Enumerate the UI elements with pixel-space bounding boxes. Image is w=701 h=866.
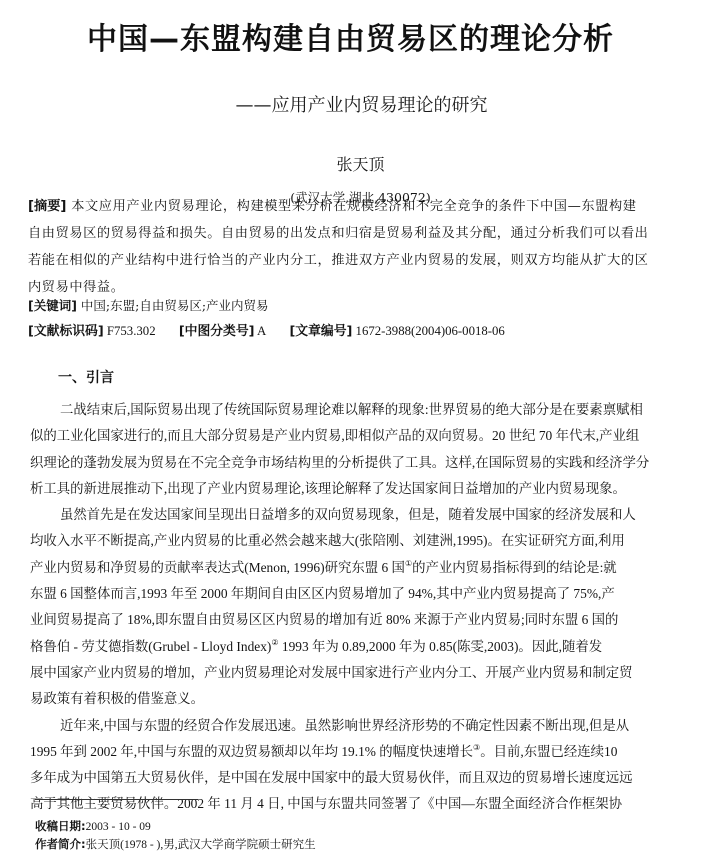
abstract-line: 若能在相似的产业结构中进行恰当的产业内分工，推进双方产业内贸易的发展，则双方均能… xyxy=(28,247,676,274)
received-date: 2003 - 10 - 09 xyxy=(86,821,151,833)
body-line: 织理论的蓬勃发展为贸易在不完全竞争市场结构里的分析提供了工具。这样,在国际贸易的… xyxy=(30,450,674,476)
footnote-divider xyxy=(35,799,198,800)
clc-label: [中图分类号] xyxy=(179,324,255,339)
body-line: 产业内贸易和净贸易的贡献率表达式(Menon, 1996)研究东盟 6 国①的产… xyxy=(30,555,674,581)
abstract-line: [摘要] 本文应用产业内贸易理论，构建模型来分析在规模经济和不完全竞争的条件下中… xyxy=(28,193,676,220)
body-line: 格鲁伯 - 劳艾德指数(Grubel - Lloyd Index)② 1993 … xyxy=(30,634,674,660)
received-label: 收稿日期: xyxy=(35,819,86,833)
body-line: 展中国家产业内贸易的增加，产业内贸易理论对发展中国家进行产业内分工、开展产业内贸… xyxy=(30,660,674,686)
body-text-span: 1993 年为 0.89,2000 年为 0.85(陈雯,2003)。因此,随着… xyxy=(279,639,603,654)
body-line: 虽然首先是在发达国家间呈现出日益增多的双向贸易现象，但是，随着发展中国家的经济发… xyxy=(30,502,674,528)
article-no-value: 1672-3988(2004)06-0018-06 xyxy=(356,324,505,338)
author-bio-label: 作者简介: xyxy=(35,837,86,851)
abstract: [摘要] 本文应用产业内贸易理论，构建模型来分析在规模经济和不完全竞争的条件下中… xyxy=(28,193,676,301)
body-line: 东盟 6 国整体而言,1993 年至 2000 年期间自由区区内贸易增加了 94… xyxy=(30,581,674,607)
paper-subtitle: ——应用产业内贸易理论的研究 xyxy=(0,91,701,117)
body-text-span: 格鲁伯 - 劳艾德指数(Grubel - Lloyd Index) xyxy=(30,639,271,654)
article-no-label: [文章编号] xyxy=(289,324,352,339)
body-line: 业间贸易提高了 18%,即东盟自由贸易区区内贸易的增加有近 80% 来源于产业内… xyxy=(30,607,674,633)
body-text-span: 。目前,东盟已经连续10 xyxy=(480,744,617,759)
body-line: 近年来,中国与东盟的经贸合作发展迅速。虽然影响世界经济形势的不确定性因素不断出现… xyxy=(30,713,674,739)
doc-id-value: F753.302 xyxy=(107,324,156,338)
abstract-label: [摘要] xyxy=(28,199,66,214)
section-heading: 一、引言 xyxy=(58,367,114,387)
body-text-span: 的产业内贸易指标得到的结论是:就 xyxy=(412,560,617,575)
body-text: 二战结束后,国际贸易出现了传统国际贸易理论难以解释的现象:世界贸易的绝大部分是在… xyxy=(30,397,674,818)
author-name: 张天顶 xyxy=(0,152,701,175)
body-line: 似的工业化国家进行的,而且大部分贸易是产业内贸易,即相似产品的双向贸易。20 世… xyxy=(30,423,674,449)
body-text-span: 产业内贸易和净贸易的贡献率表达式(Menon, 1996)研究东盟 6 国 xyxy=(30,560,405,575)
doc-id-label: [文献标识码] xyxy=(28,324,104,339)
paper-title: 中国—东盟构建自由贸易区的理论分析 xyxy=(0,14,701,58)
classification-codes: [文献标识码] F753.302 [中图分类号] A [文章编号] 1672-3… xyxy=(28,320,505,339)
footnote-received: 收稿日期:2003 - 10 - 09 xyxy=(35,818,151,834)
body-line: 1995 年到 2002 年,中国与东盟的双边贸易额却以年均 19.1% 的幅度… xyxy=(30,739,674,765)
body-line: 易政策有着积极的借鉴意义。 xyxy=(30,686,674,712)
clc-value: A xyxy=(257,324,266,338)
body-line: 均收入水平不断提高,产业内贸易的比重必然会越来越大(张陪刚、刘建洲,1995)。… xyxy=(30,528,674,554)
abstract-text: 本文应用产业内贸易理论，构建模型来分析在规模经济和不完全竞争的条件下中国—东盟构… xyxy=(71,199,636,214)
footnote-ref[interactable]: ② xyxy=(271,638,278,647)
body-line: 高于其他主要贸易伙伴。2002 年 11 月 4 日, 中国与东盟共同签署了《中… xyxy=(30,791,674,817)
author-bio: 张天顶(1978 - ),男,武汉大学商学院硕士研究生 xyxy=(86,839,316,851)
keywords-label: [关键词] xyxy=(28,298,77,313)
abstract-line: 自由贸易区的贸易得益和损失。自由贸易的出发点和归宿是贸易利益及其分配，通过分析我… xyxy=(28,220,676,247)
keywords-value: 中国;东盟;自由贸易区;产业内贸易 xyxy=(81,298,269,313)
body-text-span: 1995 年到 2002 年,中国与东盟的双边贸易额却以年均 19.1% 的幅度… xyxy=(30,744,473,759)
body-line: 析工具的新进展推动下,出现了产业内贸易理论,该理论解释了发达国家间日益增加的产业… xyxy=(30,476,674,502)
paper-page: 中国—东盟构建自由贸易区的理论分析 ——应用产业内贸易理论的研究 张天顶 (武汉… xyxy=(0,0,701,866)
keywords: [关键词] 中国;东盟;自由贸易区;产业内贸易 xyxy=(28,296,269,314)
footnote-author: 作者简介:张天顶(1978 - ),男,武汉大学商学院硕士研究生 xyxy=(35,836,316,852)
body-line: 二战结束后,国际贸易出现了传统国际贸易理论难以解释的现象:世界贸易的绝大部分是在… xyxy=(30,397,674,423)
body-line: 多年成为中国第五大贸易伙伴，是中国在发展中国家中的最大贸易伙伴，而且双边的贸易增… xyxy=(30,765,674,791)
